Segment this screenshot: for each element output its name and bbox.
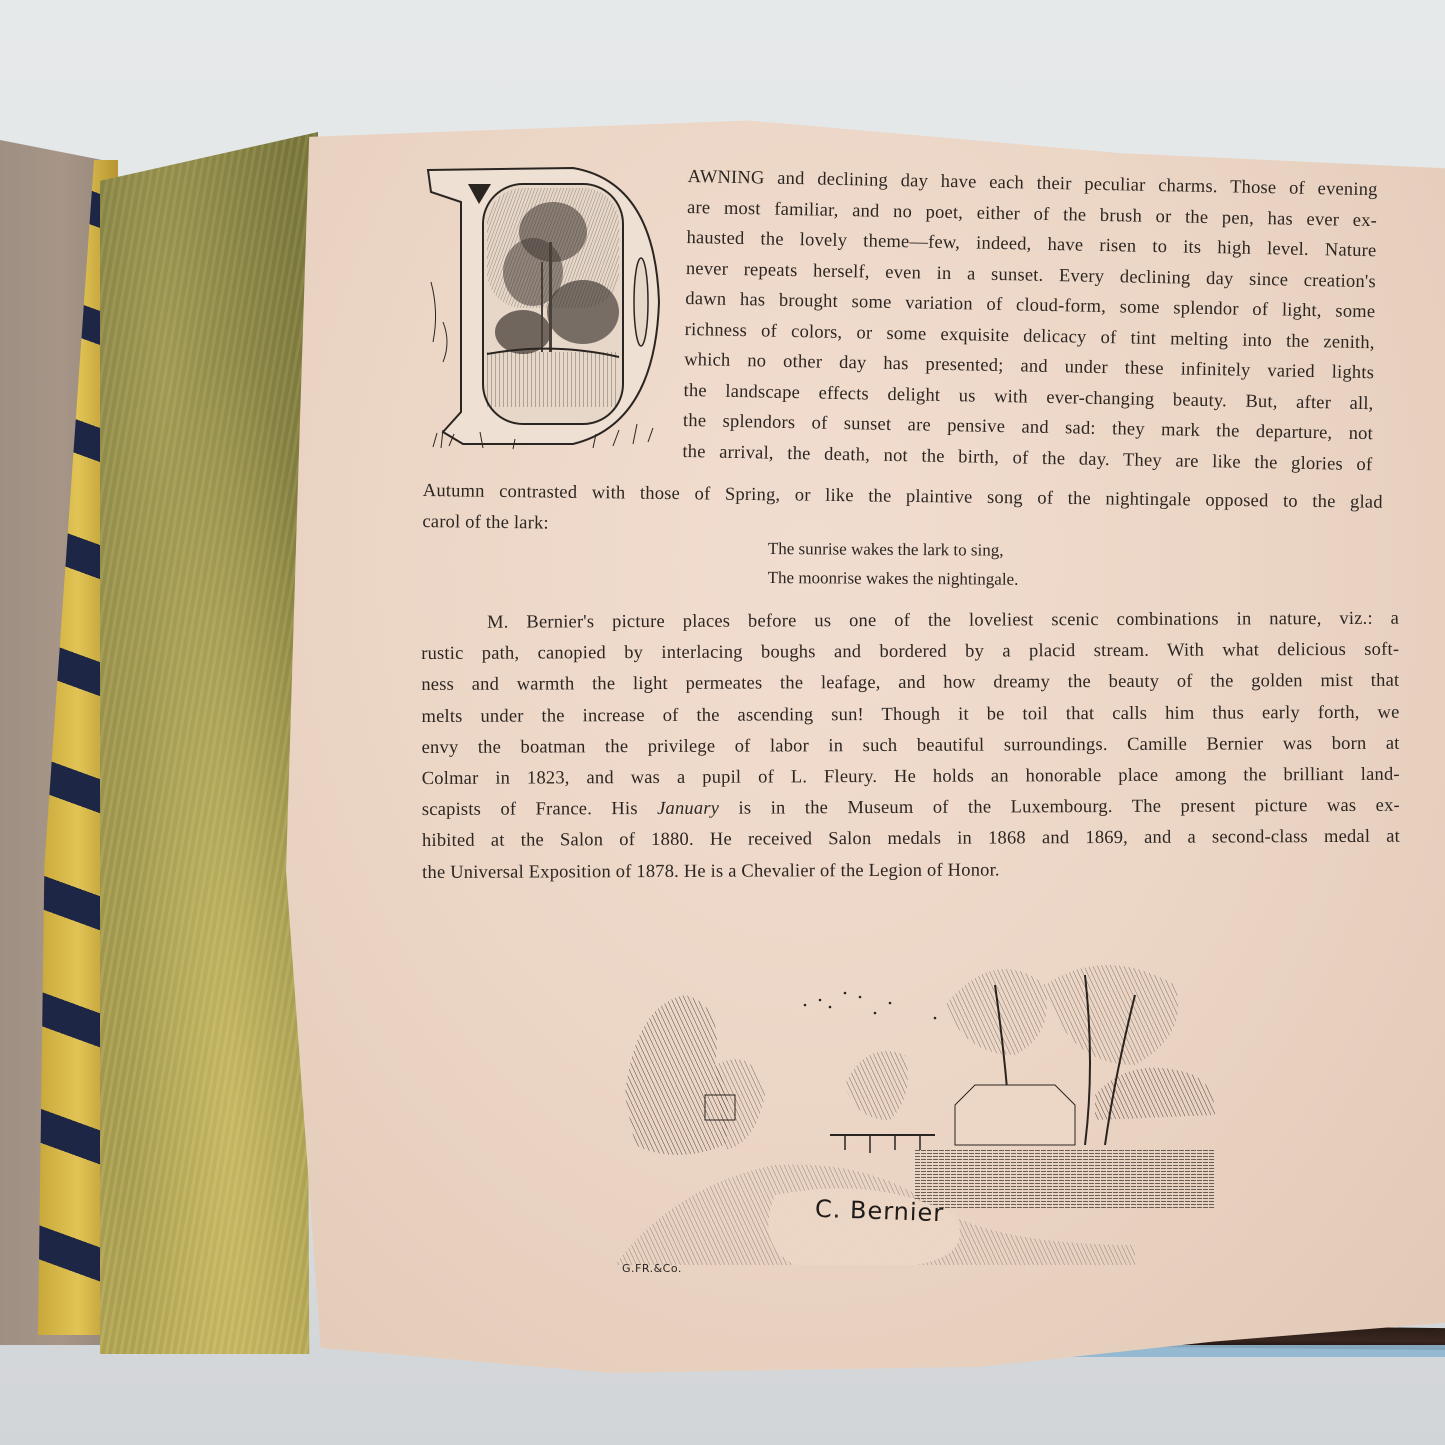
text-line: melts under the increase of the ascendin… [421, 697, 1399, 732]
text-line-with-italic-title: scapists of France. His January is in th… [422, 791, 1400, 826]
vignette-caption-artist-name: C. Bernier [815, 1195, 945, 1227]
text-segment: is in the Museum of the Luxembourg. The … [719, 796, 1400, 819]
artwork-title-january: January [657, 799, 719, 819]
text-line: rustic path, canopied by interlacing bou… [421, 635, 1399, 670]
gold-endpaper-strip [100, 132, 318, 1354]
verse-line: The moonrise wakes the nightingale. [768, 563, 1019, 594]
paragraph-1-beside-cap: AWNING and declining day have each their… [682, 162, 1378, 480]
text-line: M. Bernier's picture places before us on… [421, 604, 1399, 639]
text-line: envy the boatman the privilege of labor … [422, 729, 1400, 764]
text-line: the Universal Exposition of 1878. He is … [422, 853, 1400, 888]
text-segment: scapists of France. His [422, 799, 657, 820]
illustrated-drop-cap-d-icon [423, 162, 663, 454]
paragraph-2: M. Bernier's picture places before us on… [421, 604, 1400, 889]
verse-line: The sunrise wakes the lark to sing, [768, 534, 1019, 565]
verse-quotation: The sunrise wakes the lark to sing, The … [768, 534, 1019, 594]
text-line: hibited at the Salon of 1880. He receive… [422, 822, 1400, 857]
text-line: ness and warmth the light permeates the … [421, 666, 1399, 701]
engraver-signature: G.FR.&Co. [622, 1262, 682, 1275]
text-line: Colmar in 1823, and was a pupil of L. Fl… [422, 760, 1400, 795]
river-landscape-engraving-icon [615, 945, 1225, 1285]
